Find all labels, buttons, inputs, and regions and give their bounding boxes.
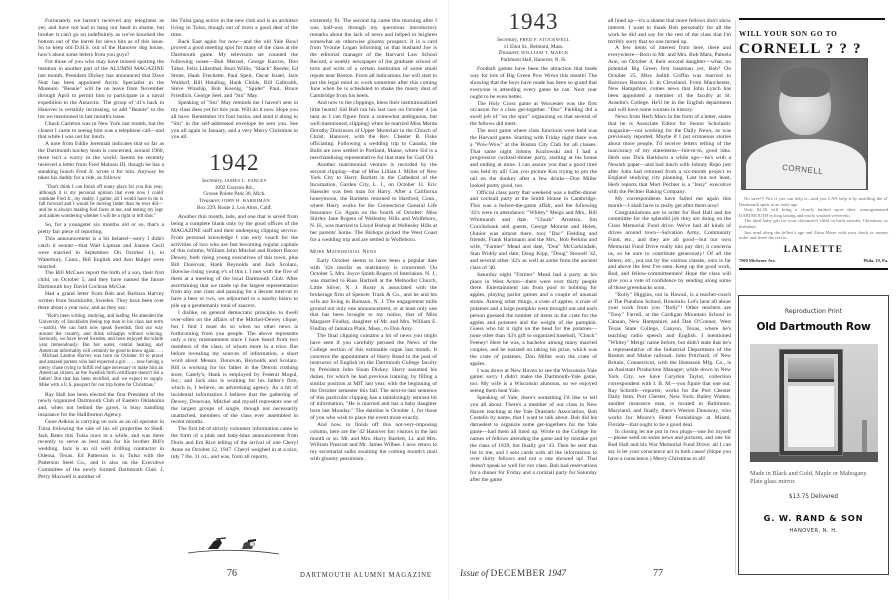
street-address: 7960 Michener Ave.: [739, 258, 776, 263]
ad-paragraph: Only $2.50 will bring a closely knitted …: [739, 207, 888, 218]
paragraph: A few items of interest from here, there…: [608, 45, 731, 113]
paragraph: Chuck Carleton was in New York last mont…: [38, 121, 164, 142]
paragraph: I dislike, on general democratic princip…: [171, 310, 298, 426]
paragraph: all lined up—it's a shame that more fell…: [608, 18, 731, 45]
block-quote: "Don't think I can finish off many plays…: [38, 185, 164, 219]
paragraph: Ray Hall has been elected the first Pres…: [38, 392, 164, 419]
ad-headline: CORNELL ? ? ?: [739, 41, 889, 58]
cornell-ad-body: No siree!!! Not if you can help it—and y…: [739, 196, 888, 241]
paragraph: "Rolly" Higgins, out in Hawaii, is a tea…: [608, 292, 731, 429]
column-1: Fortunately we haven't received any tele…: [38, 18, 164, 481]
ad-kicker: WILL YOUR SON GO TO: [739, 30, 889, 38]
advertiser-name: LAINETTE: [739, 245, 888, 255]
rand-advertisement: Reproduction Print Old Dartmouth Row Mad…: [738, 295, 889, 575]
column-3: extremely fit. The second tip came this …: [310, 18, 437, 463]
block-quote: "Bob's been writing, studying, and loafi…: [38, 314, 164, 388]
paragraph: Speaking of "Stu" May reminds me I haven…: [171, 100, 298, 141]
paragraph: The Bill McCues report the birth of a so…: [38, 270, 164, 291]
ad-kicker: Reproduction Print: [739, 308, 888, 315]
mirror-glass: [788, 386, 834, 447]
paragraph: News from Herb Marx in the form of a let…: [608, 114, 731, 196]
paragraph: Another matrimonial venture is recorded …: [310, 162, 437, 244]
column-4: 1943 Secretary, FRED F. STOCKWELL 11 Eli…: [470, 10, 597, 484]
candlestick-shape: [862, 420, 867, 452]
city-address: Phila. 19, Pa.: [863, 258, 888, 263]
mirror-photo: [750, 344, 878, 462]
officer-line: Treasurer, WILLIAM T. MAECK: [470, 50, 597, 57]
paragraph: A note from Eddie Jeremiah indicates tha…: [38, 141, 164, 182]
mirror-frame: [780, 350, 842, 455]
ad-paragraph: The ideal baby gift for your classmate's…: [739, 218, 888, 229]
officer-line: 11 Eliot St., Belmont, Mass.: [470, 44, 597, 51]
product-price: $13.75 Delivered: [739, 494, 888, 500]
issue-prefix: Issue of: [460, 568, 488, 578]
paragraph: Had a grand letter from Bob and Barbara …: [38, 291, 164, 312]
paragraph: the Tulsa gang active in the new club an…: [171, 18, 298, 39]
ad-paragraph: No siree!!! Not if you can help it—and y…: [739, 196, 888, 207]
section-subheading: More Matrimonial News: [310, 249, 437, 256]
officer-line: Treasurer, JOHN H. HARRIMAN: [171, 198, 298, 205]
officer-line: Secretary, JAMES L. FARLEY: [171, 178, 298, 185]
paragraph: My correspondents have failed me again t…: [608, 196, 731, 210]
page-number-right: 77: [653, 568, 663, 579]
lainette-signature: LAINETTE 7960 Michener Ave. Phila. 19, P…: [739, 245, 888, 270]
paragraph: For those of you who may have missed spo…: [38, 59, 164, 121]
paragraph: I was down at New Haven to see the Wisco…: [470, 368, 597, 395]
hair-shape: [780, 67, 830, 97]
officer-line: Box 229, Route 2, Los Altos, Calif.: [171, 205, 298, 212]
mirror-print-scene: [788, 358, 834, 382]
company-name: G. W. RAND & SON: [739, 513, 888, 523]
issue-year: 1947: [548, 568, 566, 578]
officer-line: Secretary, FRED F. STOCKWELL: [470, 37, 597, 44]
paragraph: Early October seems to have been a popul…: [310, 258, 437, 333]
company-city: HANOVER, N. H.: [739, 528, 888, 534]
ad-headline: Old Dartmouth Row: [739, 321, 888, 333]
paragraph: extremely fit. The second tip came this …: [310, 18, 437, 100]
column-2: the Tulsa gang active in the new club an…: [171, 18, 298, 461]
page-number-left: 76: [227, 568, 237, 579]
ad-paragraph: Just send along the fellow's age and Alm…: [739, 230, 888, 241]
magazine-masthead: DARTMOUTH ALUMNI MAGAZINE: [300, 572, 432, 579]
paragraph: This announcement is a bit belated—sorry…: [38, 236, 164, 270]
paragraph: Saturday night "Farmer" Mead had a party…: [470, 272, 597, 368]
paragraph: The first bit of strictly volunteer info…: [171, 426, 298, 460]
officer-line: Grosse Pointe Park 30, Mich.: [171, 191, 298, 198]
cartoon-illustration: [186, 535, 281, 557]
issue-month: DECEMBER: [491, 568, 546, 578]
column-5: all lined up—it's a shame that more fell…: [608, 18, 731, 463]
officer-line: Parkhurst Hall, Hanover, N. H.: [470, 57, 597, 64]
baby-photo: CORNELL: [741, 58, 868, 190]
column-divider: [735, 20, 736, 575]
paragraph: Another thin month, lads, and one that i…: [171, 214, 298, 310]
officer-line: 1092 Grayton Rd.,: [171, 185, 298, 192]
page-gutter: [448, 0, 449, 600]
ad-bottom-rule: [739, 268, 888, 270]
class-year-heading: 1943: [470, 10, 597, 34]
advertiser-address: 7960 Michener Ave. Phila. 19, Pa.: [739, 258, 888, 263]
paragraph: And now, to finish off this not-very-imp…: [310, 422, 437, 463]
product-description: Made in Black and Gold, Maple or Mahogan…: [750, 470, 880, 486]
paragraph: Gene Adkins is carrying on solo as an oi…: [38, 419, 164, 481]
class-year-heading: 1942: [171, 151, 298, 175]
paragraph: Fortunately we haven't received any tele…: [38, 18, 164, 59]
paragraph: Official class party that weekend was a …: [470, 190, 597, 272]
paragraph: Football games have been the attraction …: [470, 66, 597, 100]
paragraph: The Holy Cross game at Worcester was the…: [470, 101, 597, 128]
paragraph: The final clipping contains a bit of new…: [310, 333, 437, 422]
paragraph: Speaking of Yale, there's something I'd …: [470, 395, 597, 484]
paragraph: The next game where class functions were…: [470, 128, 597, 190]
paragraph: In closing let me put in two plugs—one f…: [608, 429, 731, 463]
ad-top-rule: [739, 18, 885, 20]
paragraph: Congratulations are in order for Bud Hal…: [608, 210, 731, 292]
paragraph: So, for a youngster six months old or so…: [38, 222, 164, 236]
paragraph: And now to the clippings, bless their in…: [310, 100, 437, 162]
issue-line: Issue of DECEMBER 1947: [460, 568, 566, 578]
paragraph: Back East again for now—and the old Yale…: [171, 39, 298, 101]
